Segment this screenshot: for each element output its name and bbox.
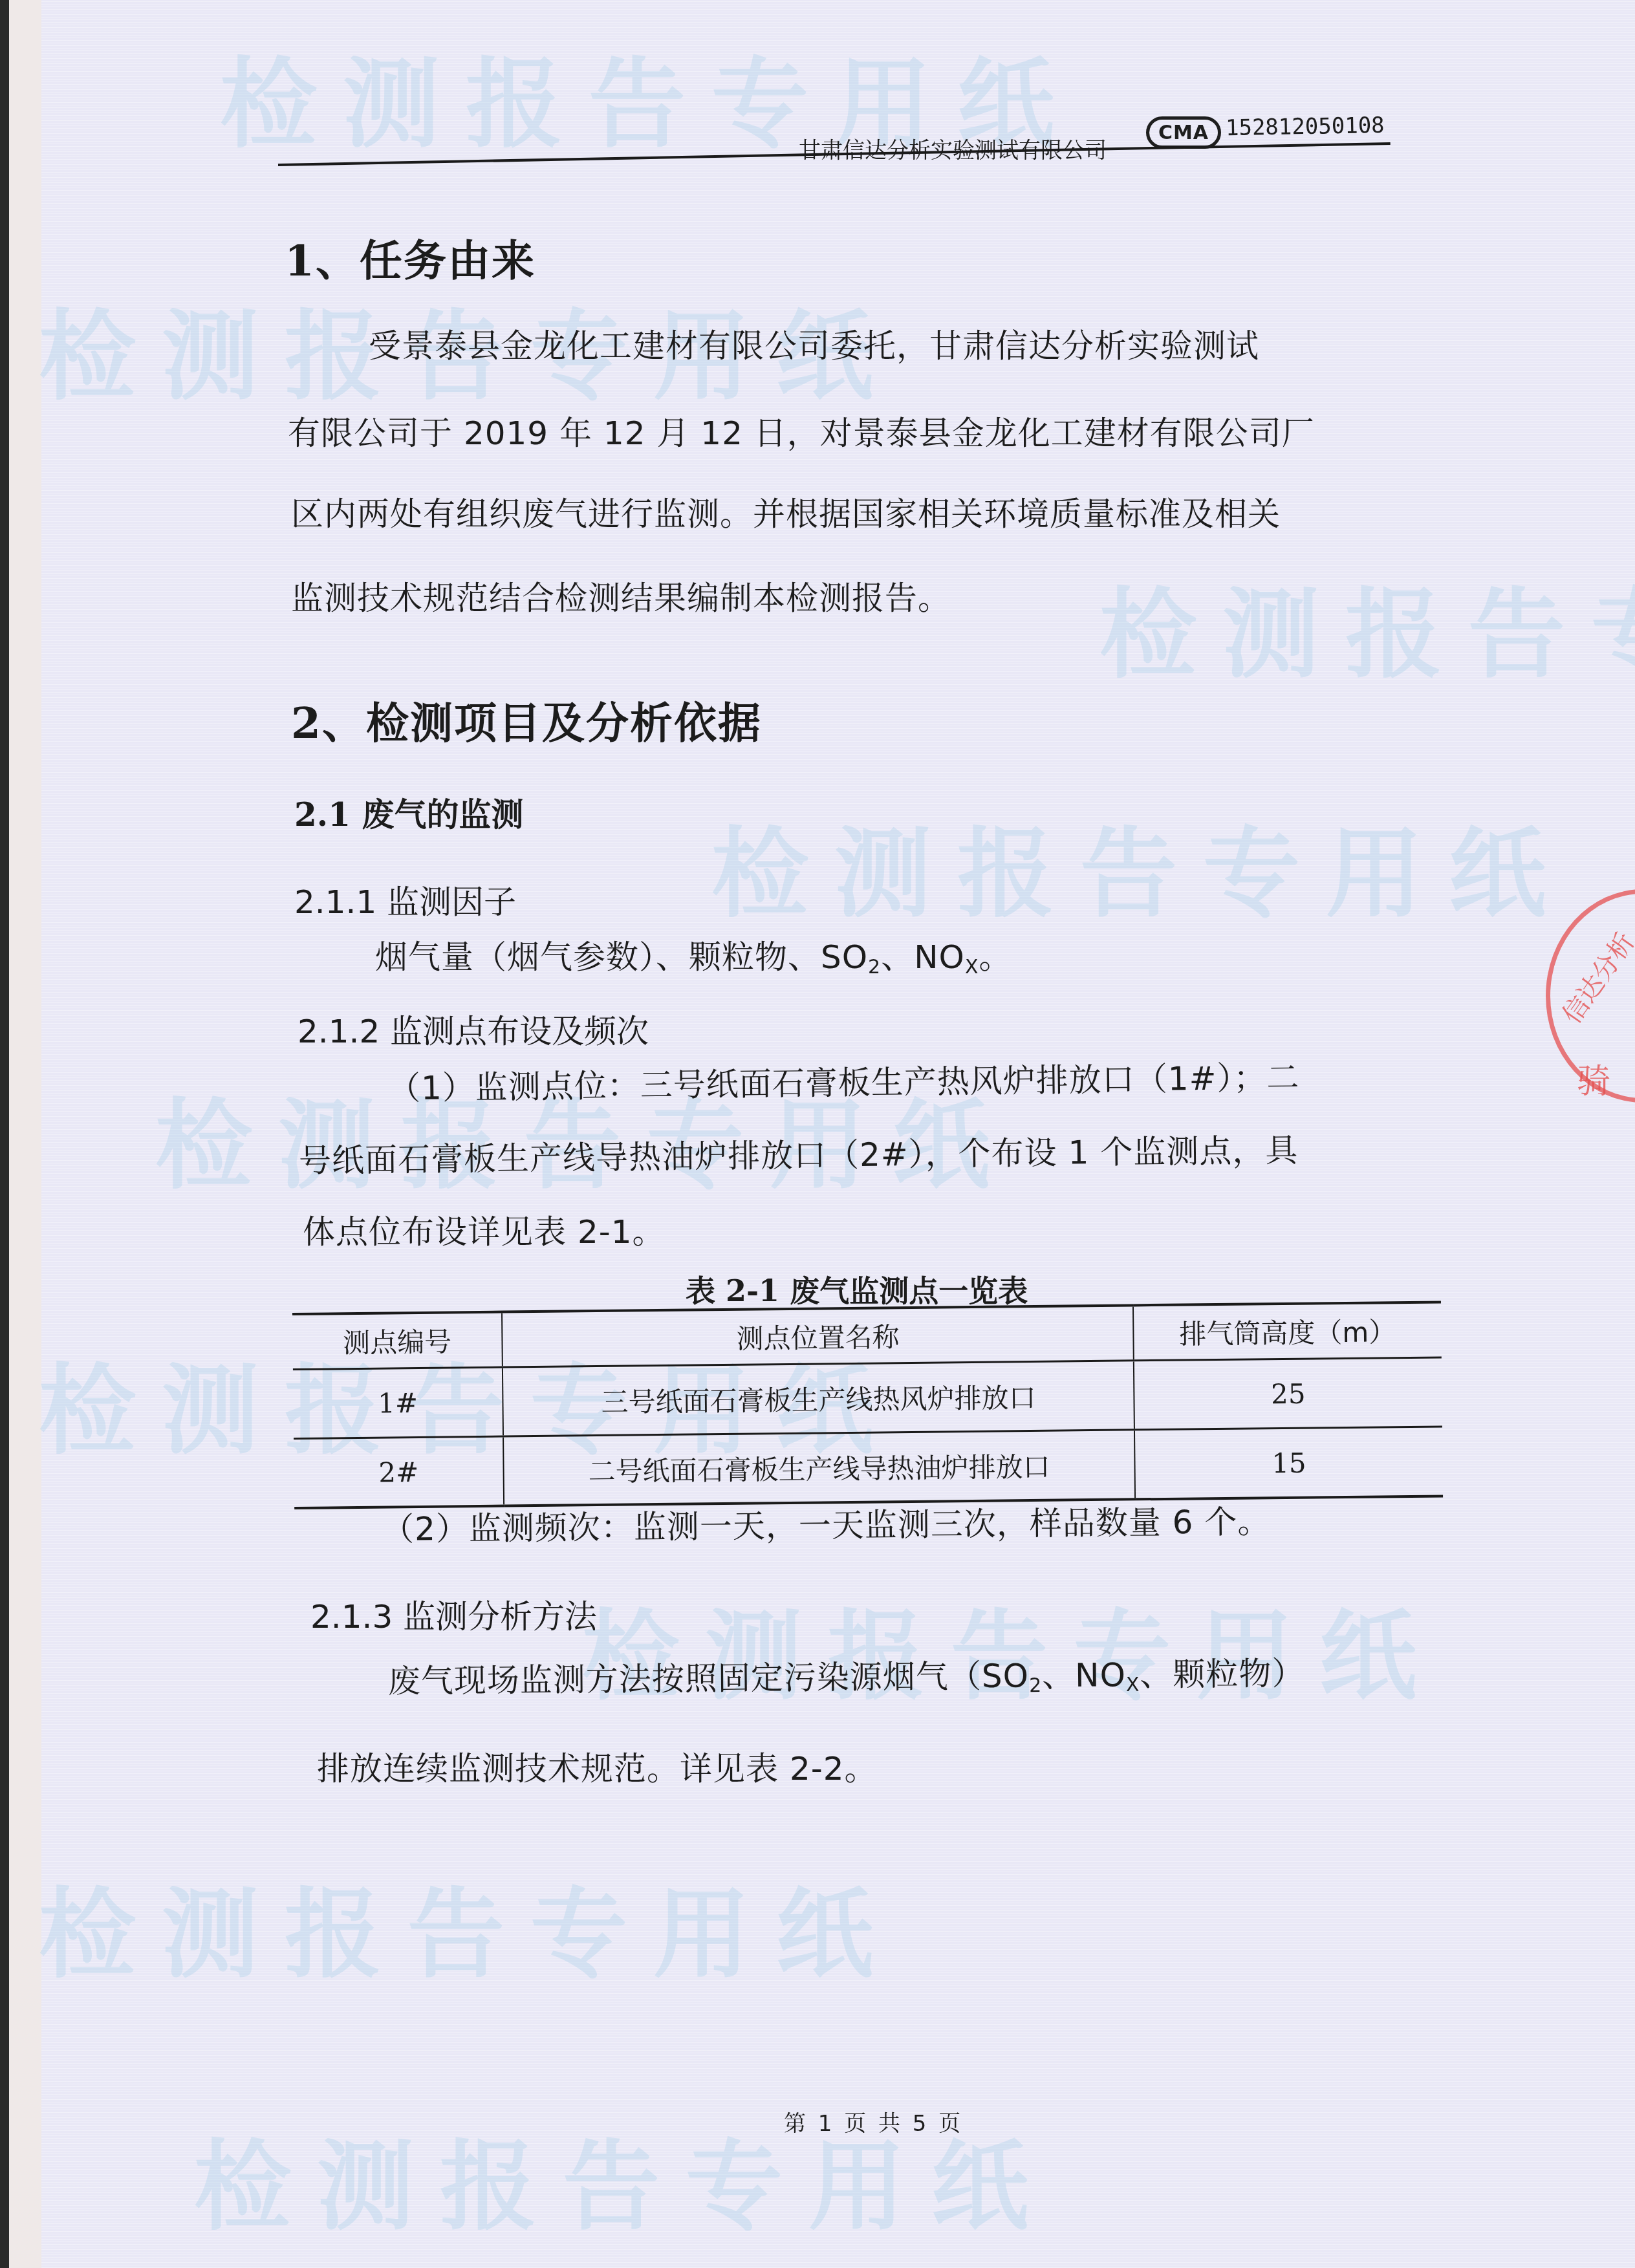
location-cell: 二号纸面石膏板生产线导热油炉排放口 <box>503 1430 1135 1506</box>
section-1-paragraph-line: 有限公司于 2019 年 12 月 12 日，对景泰县金龙化工建材有限公司厂 <box>288 417 1315 449</box>
column-header-location: 测点位置名称 <box>502 1305 1133 1367</box>
point-id-cell: 1# <box>293 1367 503 1438</box>
monitoring-points-line: 号纸面石膏板生产线导热油炉排放口（2#），个布设 1 个监测点，具 <box>299 1134 1299 1177</box>
monitoring-points-line: 体点位布设详见表 2-1。 <box>303 1216 666 1248</box>
stack-height-cell: 15 <box>1134 1427 1443 1499</box>
analysis-method-line: 废气现场监测方法按照固定污染源烟气（SO2、NOX、颗粒物） <box>388 1658 1305 1708</box>
cma-certificate-number: 152812050108 <box>1226 113 1385 141</box>
cma-logo-icon: CMA <box>1146 116 1221 149</box>
subsection-2-1-heading: 2.1 废气的监测 <box>294 789 523 836</box>
table-row: 2# 二号纸面石膏板生产线导热油炉排放口 15 <box>294 1427 1443 1508</box>
table-2-1-caption: 表 2-1 废气监测点一览表 <box>686 1268 1028 1310</box>
subsection-2-1-1-heading: 2.1.1 监测因子 <box>294 876 516 923</box>
page-indicator: 第 1 页 共 5 页 <box>784 2106 963 2137</box>
monitoring-frequency: （2）监测频次：监测一天，一天监测三次，样品数量 6 个。 <box>382 1506 1271 1546</box>
table-row: 1# 三号纸面石膏板生产线热风炉排放口 25 <box>293 1357 1442 1439</box>
analysis-method-line: 排放连续监测技术规范。详见表 2-2。 <box>317 1753 878 1785</box>
section-2-heading: 2、检测项目及分析依据 <box>291 689 762 750</box>
point-id-cell: 2# <box>294 1436 504 1508</box>
column-header-point-id: 测点编号 <box>292 1312 503 1370</box>
column-header-stack-height: 排气筒高度（m） <box>1133 1302 1442 1360</box>
location-cell: 三号纸面石膏板生产线热风炉排放口 <box>503 1361 1134 1436</box>
monitoring-points-table: 测点编号 测点位置名称 排气筒高度（m） 1# 三号纸面石膏板生产线热风炉排放口… <box>292 1301 1443 1509</box>
page-edge-strip <box>9 0 41 2268</box>
section-1-heading: 1、任务由来 <box>285 226 536 288</box>
monitoring-factors: 烟气量（烟气参数）、颗粒物、SO2、NOX。 <box>375 941 1012 984</box>
section-1-paragraph-line: 受景泰县金龙化工建材有限公司委托，甘肃信达分析实验测试 <box>369 330 1259 362</box>
section-1-paragraph-line: 监测技术规范结合检测结果编制本检测报告。 <box>291 582 951 614</box>
section-1-paragraph-line: 区内两处有组织废气进行监测。并根据国家相关环境质量标准及相关 <box>291 498 1281 530</box>
stack-height-cell: 25 <box>1134 1357 1442 1430</box>
subsection-2-1-3-heading: 2.1.3 监测分析方法 <box>310 1591 597 1637</box>
subsection-2-1-2-heading: 2.1.2 监测点布设及频次 <box>298 1006 649 1052</box>
seal-cross-page-mark: 骑 <box>1577 1054 1610 1103</box>
